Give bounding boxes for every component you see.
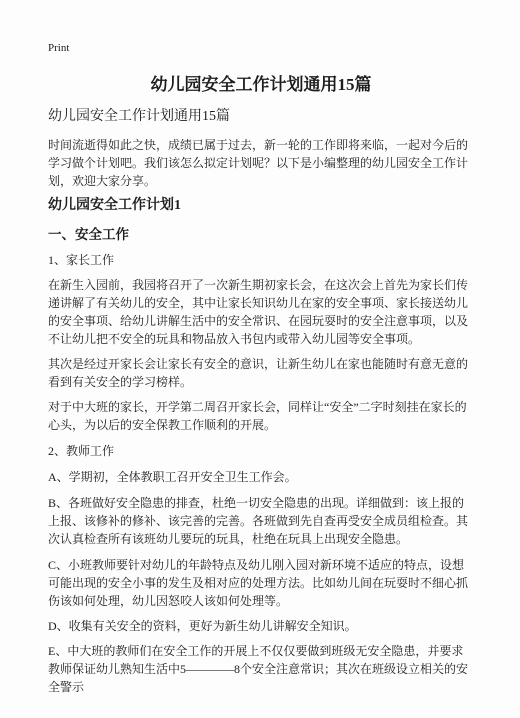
subsection-heading-teacher-work: 2、教师工作: [48, 442, 474, 460]
document-content: Print 幼儿园安全工作计划通用15篇 幼儿园安全工作计划通用15篇 时间流逝…: [0, 0, 520, 696]
subsection-heading-parent-work: 1、家长工作: [48, 251, 474, 269]
document-subtitle: 幼儿园安全工作计划通用15篇: [48, 108, 474, 126]
paragraph-parent-work-2: 其次是经过开家长会让家长有安全的意识，让新生幼儿在家也能随时有意无意的看到有关安…: [48, 355, 474, 391]
print-button[interactable]: Print: [48, 42, 69, 55]
intro-paragraph: 时间流逝得如此之快，成绩已属于过去，新一轮的工作即将来临，一起对今后的学习做个计…: [48, 136, 474, 190]
list-item-a: A、学期初，全体教职工召开安全卫生工作会。: [48, 468, 474, 486]
list-item-b: B、各班做好安全隐患的排查，杜绝一切安全隐患的出现。详细做到：该上报的上报、该修…: [48, 494, 474, 548]
paragraph-parent-work-1: 在新生入园前，我园将召开了一次新生期初家长会，在这次会上首先为家长们传递讲解了有…: [48, 276, 474, 348]
list-item-d: D、收集有关安全的资料，更好为新生幼儿讲解安全知识。: [48, 617, 474, 635]
document-page: Print 幼儿园安全工作计划通用15篇 幼儿园安全工作计划通用15篇 时间流逝…: [0, 0, 520, 718]
article-heading: 幼儿园安全工作计划1: [48, 197, 474, 215]
section-heading-safety-work: 一、安全工作: [48, 226, 474, 244]
list-item-c: C、小班教师要针对幼儿的年龄特点及幼儿刚入园对新环境不适应的特点，设想可能出现的…: [48, 556, 474, 610]
page-title: 幼儿园安全工作计划通用15篇: [48, 75, 474, 95]
paragraph-parent-work-3: 对于中大班的家长，开学第二周召开家长会，同样让“安全”二字时刻挂在家长的心头，为…: [48, 398, 474, 434]
list-item-e: E、中大班的教师们在安全工作的开展上不仅仅要做到班级无安全隐患，并要求教师保证幼…: [48, 642, 474, 696]
